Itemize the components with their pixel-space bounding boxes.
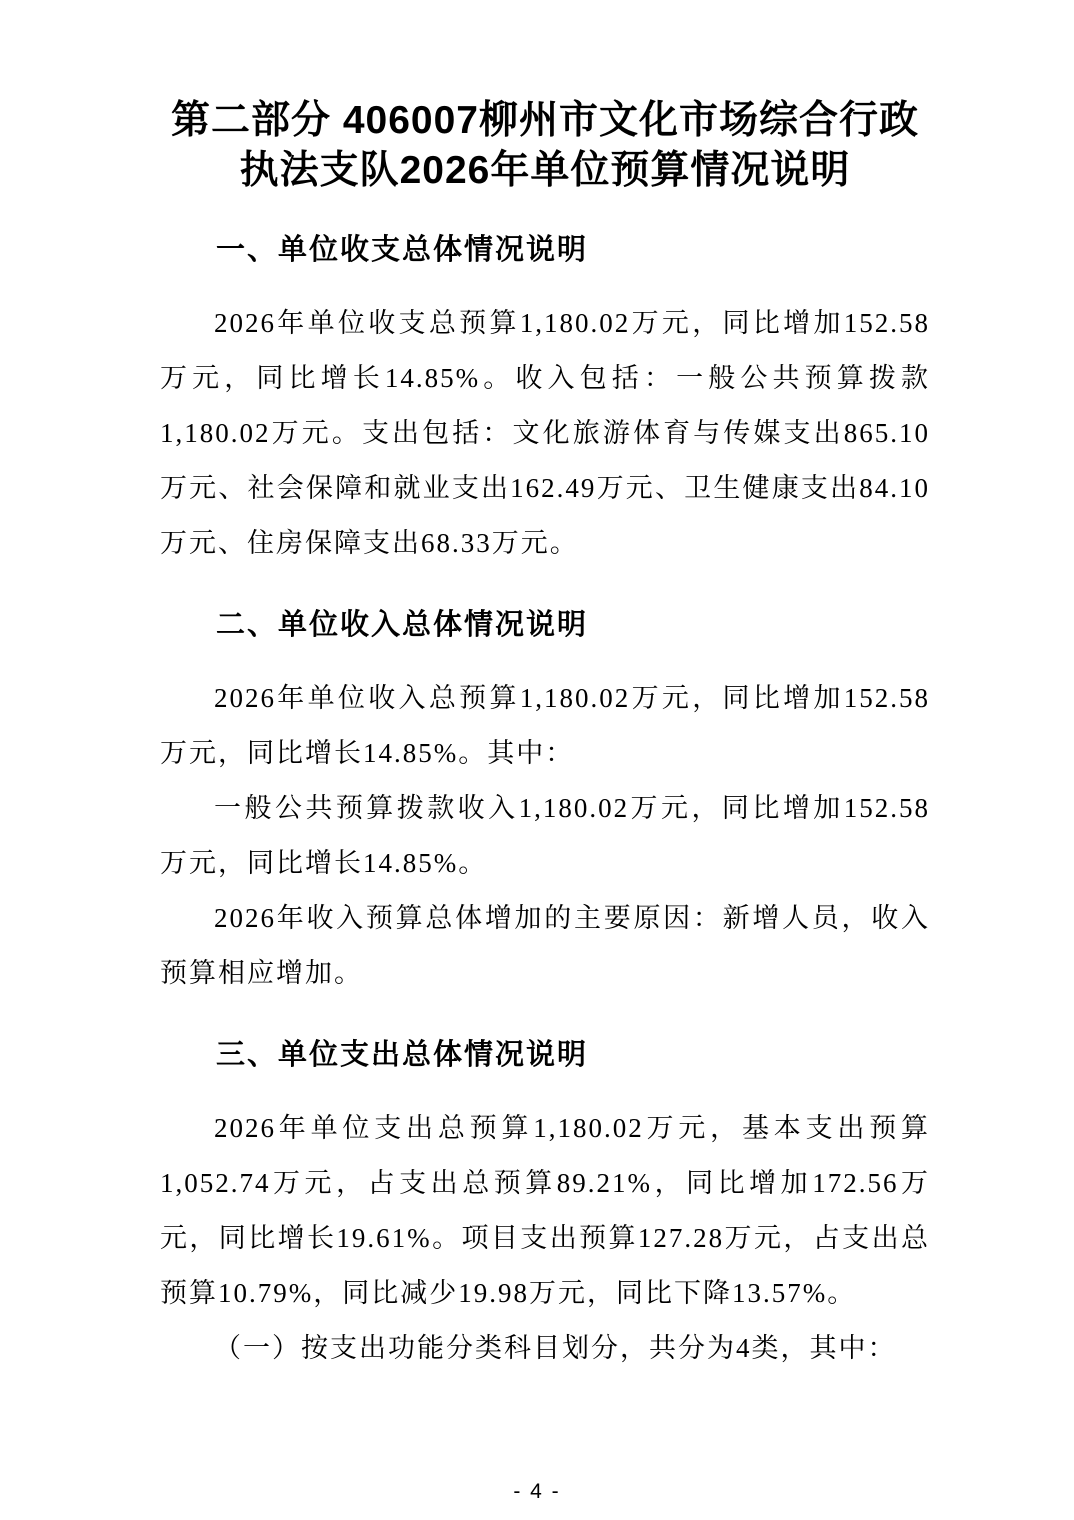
section-3-heading: 三、单位支出总体情况说明 bbox=[160, 1037, 930, 1073]
section-overall-expenditure: 三、单位支出总体情况说明 2026年单位支出总预算1,180.02万元，基本支出… bbox=[160, 1037, 930, 1376]
page-number: - 4 - bbox=[0, 1480, 1074, 1504]
section-3-paragraph-2: （一）按支出功能分类科目划分，共分为4类，其中： bbox=[160, 1321, 930, 1376]
section-overall-revenue-and-expenditure: 一、单位收支总体情况说明 2026年单位收支总预算1,180.02万元，同比增加… bbox=[160, 232, 930, 571]
section-2-paragraph-2: 一般公共预算拨款收入1,180.02万元，同比增加152.58万元，同比增长14… bbox=[160, 781, 930, 891]
document-title-line-1: 第二部分 406007柳州市文化市场综合行政 bbox=[160, 96, 930, 146]
section-3-paragraph-1: 2026年单位支出总预算1,180.02万元，基本支出预算1,052.74万元，… bbox=[160, 1101, 930, 1321]
section-2-heading: 二、单位收入总体情况说明 bbox=[160, 607, 930, 643]
document-title-line-2: 执法支队2026年单位预算情况说明 bbox=[160, 146, 930, 196]
section-overall-revenue: 二、单位收入总体情况说明 2026年单位收入总预算1,180.02万元，同比增加… bbox=[160, 607, 930, 1001]
document-title: 第二部分 406007柳州市文化市场综合行政 执法支队2026年单位预算情况说明 bbox=[160, 96, 930, 196]
document-page: 第二部分 406007柳州市文化市场综合行政 执法支队2026年单位预算情况说明… bbox=[0, 0, 1074, 1520]
section-2-paragraph-1: 2026年单位收入总预算1,180.02万元，同比增加152.58万元，同比增长… bbox=[160, 671, 930, 781]
section-2-paragraph-3: 2026年收入预算总体增加的主要原因：新增人员，收入预算相应增加。 bbox=[160, 891, 930, 1001]
section-1-paragraph-1: 2026年单位收支总预算1,180.02万元，同比增加152.58万元，同比增长… bbox=[160, 296, 930, 571]
section-1-heading: 一、单位收支总体情况说明 bbox=[160, 232, 930, 268]
